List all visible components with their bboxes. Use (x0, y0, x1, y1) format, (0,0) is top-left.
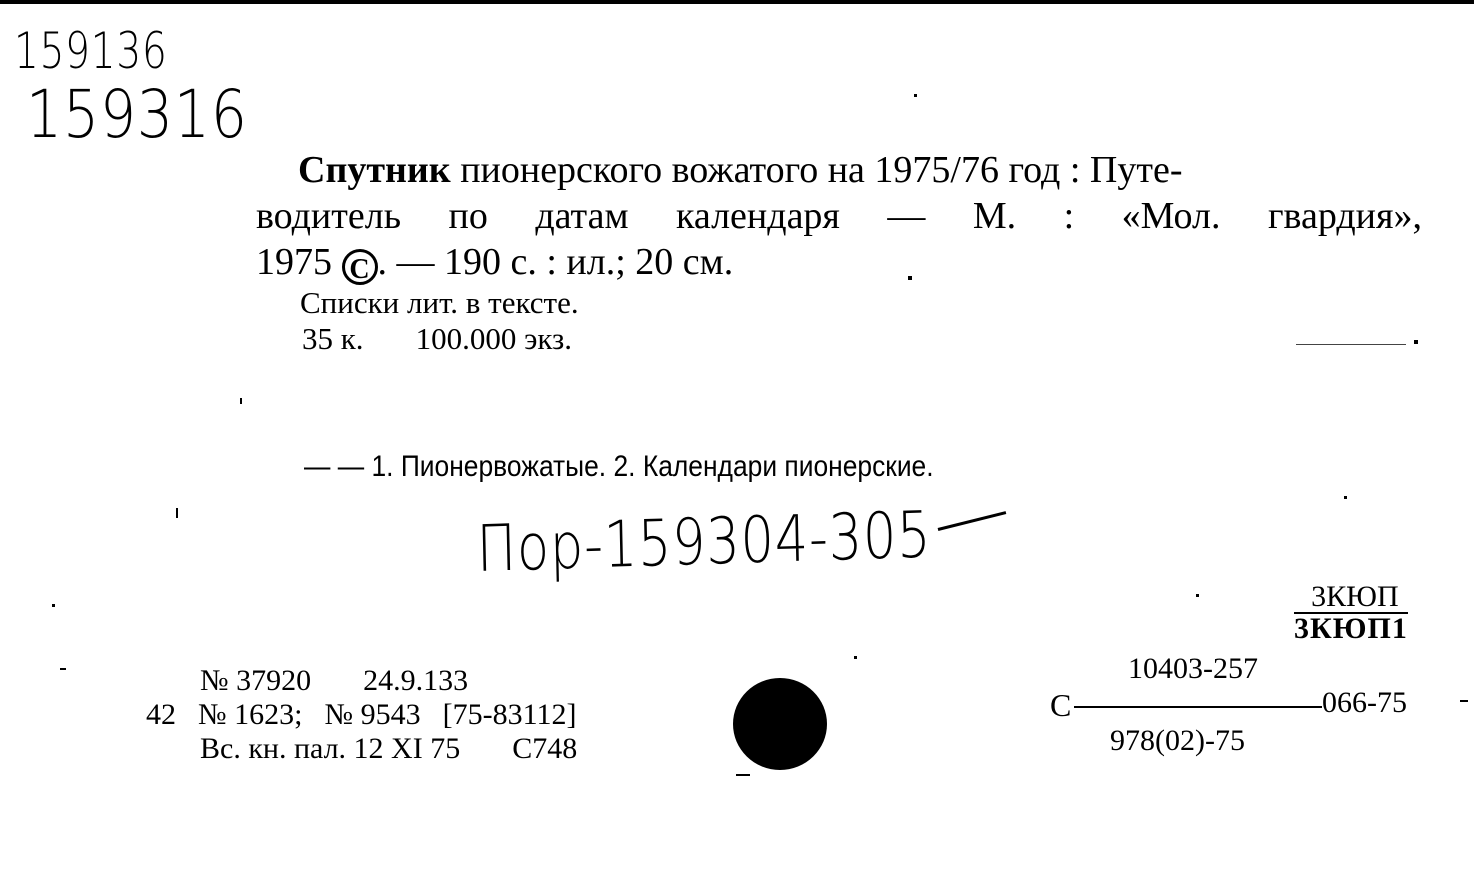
imprint-line: 1975 C. — 190 с. : ил.; 20 см. (256, 239, 733, 285)
line2-word: М. (973, 193, 1016, 239)
publisher-code-denominator: 978(02)-75 (1110, 726, 1245, 756)
index-code: 24.9.133 (363, 664, 468, 697)
card-number-2: № 9543 (324, 698, 420, 731)
scan-speck (240, 398, 242, 404)
scan-speck (736, 774, 750, 776)
print-info-line-1: № 3792024.9.133 (200, 664, 468, 698)
price-and-run-note: 35 к.100.000 экз. (302, 321, 572, 357)
inventory-number-1: 159136 (14, 26, 168, 76)
copyright-icon: C (342, 249, 378, 285)
subject-headings: — — 1. Пионервожатые. 2. Календари пионе… (304, 450, 934, 484)
line2-word: : (1064, 193, 1075, 239)
publisher-code-suffix: 066-75 (1322, 688, 1407, 718)
price: 35 к. (302, 321, 364, 356)
scan-speck (914, 94, 917, 97)
title-line-2: водитель по датам календаря — М. : «Мол.… (256, 193, 1422, 239)
line2-word: водитель (256, 193, 401, 239)
scan-speck (908, 276, 912, 280)
book-title: Спутник (256, 149, 451, 191)
title-line: Спутник пионерского вожатого на 1975/76 … (256, 147, 1422, 193)
line2-word: «Мол. (1122, 193, 1221, 239)
card-top-border (0, 0, 1474, 4)
title-continuation: пионерского вожатого на 1975/76 год : Пу… (451, 149, 1183, 191)
card-punch-hole (733, 678, 827, 770)
author-sign: С748 (512, 732, 577, 765)
scan-speck (176, 508, 178, 518)
line2-word: — (887, 193, 925, 239)
order-number: № 37920 (200, 664, 311, 697)
classification-numerator: 3КЮП (1294, 582, 1408, 614)
print-run: 100.000 экз. (416, 321, 572, 356)
bibliography-note: Списки лит. в тексте. (300, 285, 579, 321)
publication-year: 1975 (256, 241, 332, 283)
line2-word: календаря (676, 193, 840, 239)
line2-word: гвардия», (1268, 193, 1422, 239)
print-info-line-2: 42№ 1623;№ 9543[75-83112] (146, 698, 576, 732)
scan-speck (1344, 496, 1347, 499)
scan-speck (1196, 594, 1199, 597)
copy-count: 42 (146, 698, 176, 731)
publisher-code-numerator: 10403-257 (1128, 654, 1258, 684)
scan-speck (52, 604, 55, 607)
scan-speck (1414, 340, 1418, 344)
line2-word: по (449, 193, 488, 239)
shelf-mark: Пор-159304-305 (476, 503, 932, 581)
shelf-mark-stroke (938, 511, 1007, 531)
classification-index: 3КЮП 3КЮП1 (1294, 582, 1408, 644)
card-number-1: № 1623; (198, 698, 302, 731)
scan-speck (1296, 344, 1406, 345)
scan-speck (60, 668, 66, 670)
inventory-number-2: 159316 (26, 82, 248, 148)
scan-speck (1460, 700, 1468, 702)
book-chamber-date: Вс. кн. пал. 12 XI 75 (200, 732, 460, 765)
chamber-number: [75-83112] (443, 698, 577, 731)
publisher-code-prefix: С (1050, 690, 1071, 720)
physical-description: . — 190 с. : ил.; 20 см. (378, 241, 734, 283)
print-info-line-3: Вс. кн. пал. 12 XI 75С748 (200, 732, 577, 766)
publisher-code-fraction-line (1074, 706, 1322, 708)
scan-speck (854, 656, 857, 659)
classification-denominator: 3КЮП1 (1294, 614, 1408, 644)
line2-word: датам (535, 193, 628, 239)
